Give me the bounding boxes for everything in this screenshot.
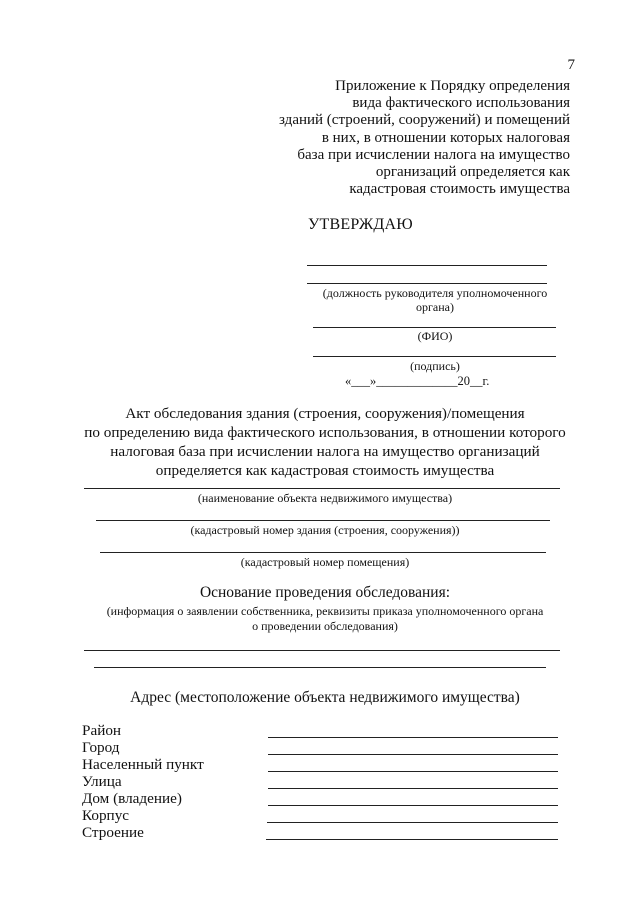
address-field-block[interactable] xyxy=(267,822,558,823)
approval-heading: УТВЕРЖДАЮ xyxy=(308,216,413,234)
signature-field-line[interactable] xyxy=(313,356,556,357)
object-name-caption: (наименование объекта недвижимого имущес… xyxy=(80,491,570,505)
basis-note-line-1: (информация о заявлении собственника, ре… xyxy=(70,604,580,619)
appendix-line: база при исчислении налога на имущество xyxy=(240,147,570,164)
position-caption-line-2: органа) xyxy=(300,300,570,314)
act-title: Акт обследования здания (строения, соору… xyxy=(80,404,570,480)
basis-note: (информация о заявлении собственника, ре… xyxy=(70,604,580,634)
building-cadastral-caption: (кадастровый номер здания (строения, соо… xyxy=(80,523,570,537)
page-number: 7 xyxy=(555,57,575,74)
address-field-city[interactable] xyxy=(268,754,558,755)
address-label-city: Город xyxy=(82,739,120,757)
act-title-line: Акт обследования здания (строения, соору… xyxy=(80,404,570,423)
appendix-line: вида фактического использования xyxy=(240,95,570,112)
address-field-structure[interactable] xyxy=(266,839,558,840)
address-heading: Адрес (местоположение объекта недвижимог… xyxy=(80,689,570,707)
signature-caption: (подпись) xyxy=(300,359,570,373)
building-cadastral-field-line[interactable] xyxy=(96,520,550,521)
appendix-line: зданий (строений, сооружений) и помещени… xyxy=(240,112,570,129)
appendix-line: организаций определяется как xyxy=(240,164,570,181)
premises-cadastral-field-line[interactable] xyxy=(100,552,546,553)
address-field-settlement[interactable] xyxy=(268,771,558,772)
address-label-structure: Строение xyxy=(82,824,144,842)
position-field-line-1[interactable] xyxy=(307,265,547,266)
position-caption: (должность руководителя уполномоченного … xyxy=(300,286,570,314)
address-field-street[interactable] xyxy=(268,788,558,789)
act-title-line: налоговая база при исчислении налога на … xyxy=(80,442,570,461)
act-title-line: определяется как кадастровая стоимость и… xyxy=(80,461,570,480)
address-field-house[interactable] xyxy=(268,805,558,806)
address-label-settlement: Населенный пункт xyxy=(82,756,204,774)
appendix-line: в них, в отношении которых налоговая xyxy=(240,130,570,147)
name-field-line[interactable] xyxy=(313,327,556,328)
address-field-district[interactable] xyxy=(268,737,558,738)
appendix-line: Приложение к Порядку определения xyxy=(240,78,570,95)
address-label-block: Корпус xyxy=(82,807,129,825)
basis-field-line-1[interactable] xyxy=(84,650,560,651)
basis-field-line-2[interactable] xyxy=(94,667,546,668)
address-label-street: Улица xyxy=(82,773,122,791)
basis-note-line-2: о проведении обследования) xyxy=(70,619,580,634)
appendix-line: кадастровая стоимость имущества xyxy=(240,181,570,198)
basis-heading: Основание проведения обследования: xyxy=(80,584,570,602)
act-title-line: по определению вида фактического использ… xyxy=(80,423,570,442)
position-field-line-2[interactable] xyxy=(307,283,547,284)
object-name-field-line[interactable] xyxy=(84,488,560,489)
address-label-house: Дом (владение) xyxy=(82,790,182,808)
approval-date-field[interactable]: «___»_____________20__г. xyxy=(345,374,489,389)
premises-cadastral-caption: (кадастровый номер помещения) xyxy=(80,555,570,569)
name-caption: (ФИО) xyxy=(300,329,570,343)
address-label-district: Район xyxy=(82,722,121,740)
position-caption-line-1: (должность руководителя уполномоченного xyxy=(300,286,570,300)
appendix-header: Приложение к Порядку определения вида фа… xyxy=(240,78,570,198)
